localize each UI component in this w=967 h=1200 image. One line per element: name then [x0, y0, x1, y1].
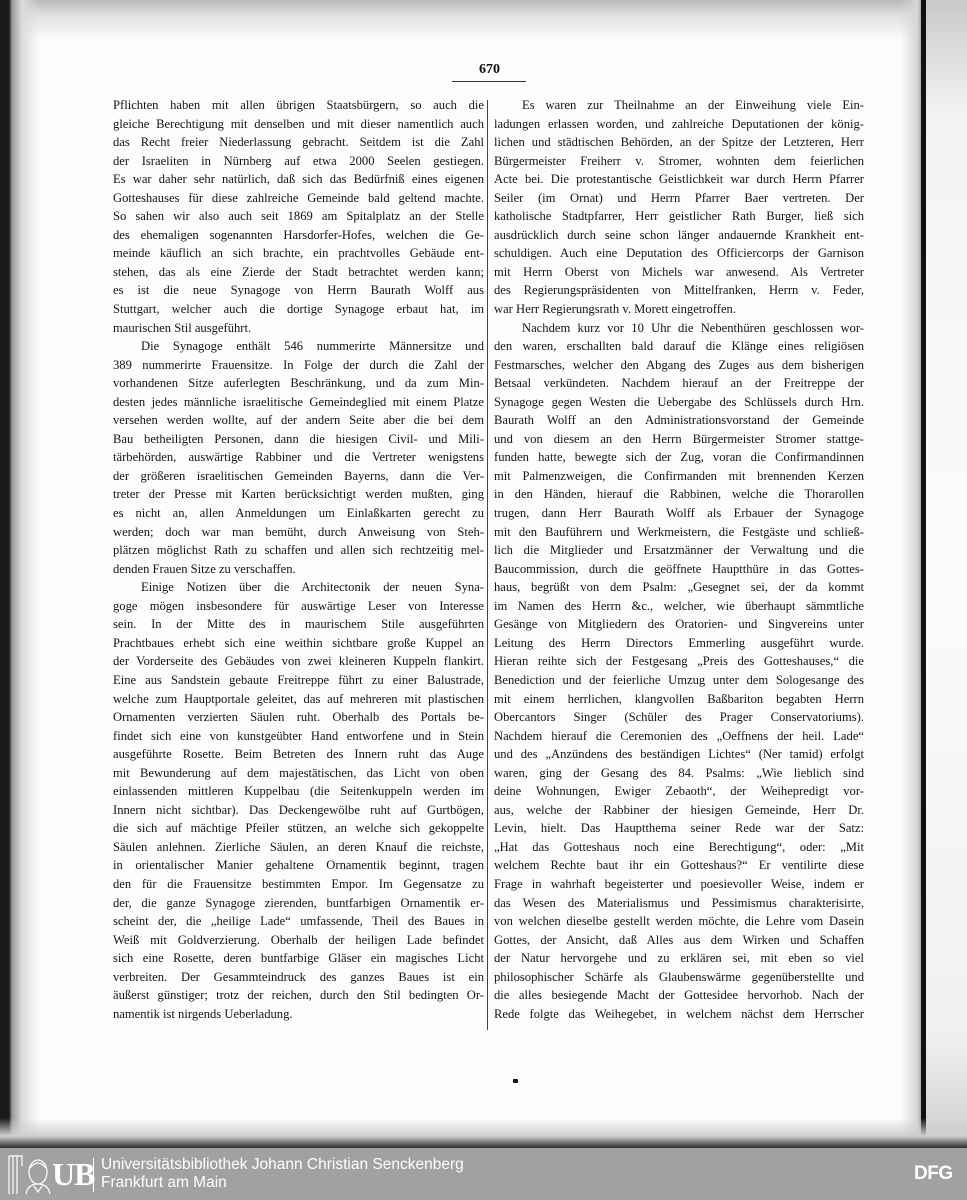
text-line: und des „Anzündens des beständigen Licht… [494, 745, 864, 764]
text-line: Gottes, der Ansicht, daß Alles aus dem W… [494, 931, 864, 950]
text-line: maurischen Stil ausgeführt. [113, 319, 484, 338]
logo-separator [93, 1158, 94, 1192]
text-line: funden hatte, bewegte sich der Zug, vora… [494, 448, 864, 467]
text-line: ladungen erlassen worden, und zahlreiche… [494, 115, 864, 134]
text-line: treter der Presse mit Karten berücksicht… [113, 485, 484, 504]
text-line: lich die Mitglieder und Ersatzmänner der… [494, 541, 864, 560]
text-line: ausdrücklich durch seine schon länger an… [494, 226, 864, 245]
text-line: der Vorderseite des Gebäudes von zwei kl… [113, 652, 484, 671]
text-line: Nachdem hierauf die Ceremonien des „Oeff… [494, 727, 864, 746]
text-line: das Recht freier Niederlassung gebracht.… [113, 133, 484, 152]
page-number-rule [452, 81, 526, 82]
text-line: welche zum Hauptportale geleitet, das au… [113, 690, 484, 709]
text-line: in orientalischer Manier gehaltene Ornam… [113, 856, 484, 875]
text-line: Stuttgart, welcher auch die dortige Syna… [113, 300, 484, 319]
institution-city: Frankfurt am Main [101, 1174, 227, 1192]
text-line: waren, ging der Gesang des 84. Psalms: „… [494, 764, 864, 783]
text-line: Leitung des Herrn Directors Emmerling au… [494, 634, 864, 653]
scan-left-edge [0, 0, 40, 1148]
text-line: Eine aus Sandstein gebaute Freitreppe fü… [113, 671, 484, 690]
page-number: 670 [479, 62, 500, 78]
text-column-left: Pflichten haben mit allen übrigen Staats… [113, 96, 484, 1023]
text-line: Einige Notizen über die Architectonik de… [113, 578, 484, 597]
text-line: Pflichten haben mit allen übrigen Staats… [113, 96, 484, 115]
text-line: werden; doch war man bemüht, durch Anwei… [113, 523, 484, 542]
text-line: es nicht an, allen Anmeldungen um Einlaß… [113, 504, 484, 523]
text-line: desten jedes männliche israelitische Gem… [113, 393, 484, 412]
text-line: Ornamenten verzierten Säulen ruht. Oberh… [113, 708, 484, 727]
text-line: in den Händen, hierauf die Rabbinen, wel… [494, 485, 864, 504]
text-line: haus, begrüßt von dem Psalm: „Gesegnet s… [494, 578, 864, 597]
text-line: Gotteshauses für diese zahlreiche Gemein… [113, 189, 484, 208]
text-line: der größeren israelitischen Gemeinden Ba… [113, 467, 484, 486]
text-line: Es war daher sehr natürlich, daß sich da… [113, 170, 484, 189]
text-line: Obercantors Singer (Schüler des Prager C… [494, 708, 864, 727]
text-line: Frage in wahrhaft begeisterter und poesi… [494, 875, 864, 894]
text-line: von welchen dieselbe gestellt werden möc… [494, 912, 864, 931]
scan-bottom-edge [0, 1118, 967, 1148]
institution-name[interactable]: Universitätsbibliothek Johann Christian … [101, 1156, 464, 1174]
text-line: tärbehörden, auswärtige Rabbiner und die… [113, 448, 484, 467]
text-line: Levin, hielt. Das Hauptthema seiner Rede… [494, 819, 864, 838]
text-line: Nachdem kurz vor 10 Uhr die Nebenthüren … [494, 319, 864, 338]
text-line: der Natur hervorgehe und zu erklären sei… [494, 949, 864, 968]
text-line: stehen, das als eine Zierde der Stadt be… [113, 263, 484, 282]
text-line: äußerst günstiger; trotz der reichen, du… [113, 986, 484, 1005]
text-line: namentik ist nirgends Ueberladung. [113, 1005, 484, 1024]
text-line: Es waren zur Theilnahme an der Einweihun… [494, 96, 864, 115]
text-line: gleiche Berechtigung mit denselben und m… [113, 115, 484, 134]
text-line: mit einem herrlichen, klangvollen Baßbar… [494, 690, 864, 709]
text-line: findet sich eine von kunstgeübter Hand e… [113, 727, 484, 746]
text-line: der Israeliten in Nürnberg auf etwa 2000… [113, 152, 484, 171]
text-line: Hieran reihte sich der Festgesang „Preis… [494, 652, 864, 671]
dfg-logo[interactable]: DFG [914, 1164, 953, 1184]
text-column-right: Es waren zur Theilnahme an der Einweihun… [494, 96, 864, 1023]
text-line: Prachtbaues erhebt sich eine weithin sic… [113, 634, 484, 653]
text-line: Acte bei. Die protestantische Geistlichk… [494, 170, 864, 189]
text-line: der, die ganze Synagoge zierenden, buntf… [113, 894, 484, 913]
ink-speck [513, 1079, 518, 1083]
text-line: Bau betheiligten Personen, dann die hies… [113, 430, 484, 449]
column-divider [487, 100, 488, 1030]
text-line: trugen, dann Herr Baurath Wolff als Erba… [494, 504, 864, 523]
text-line: mit Bewunderung auf dem majestätischen, … [113, 764, 484, 783]
facing-page-edge [926, 0, 967, 1148]
text-line: Betsaal verkündeten. Nachdem hierauf an … [494, 374, 864, 393]
text-line: das Wesen des Materialismus und Pessimis… [494, 894, 864, 913]
text-line: 389 nummerirte Frauensitze. In Folge der… [113, 356, 484, 375]
text-line: plätzen möglichst Rath zu schaffen und a… [113, 541, 484, 560]
text-line: denden Frauen Sitze zu verschaffen. [113, 560, 484, 579]
text-line: scheint der, die „heilige Lade“ umfassen… [113, 912, 484, 931]
text-line: versehen werden wollte, auf der andern S… [113, 411, 484, 430]
text-line: mit Herrn Oberst von Michels war anwesen… [494, 263, 864, 282]
text-line: Säulen anlehnen. Zierliche Säulen, an de… [113, 838, 484, 857]
library-footer: UB Universitätsbibliothek Johann Christi… [0, 1148, 967, 1200]
text-line: So sahen wir also auch seit 1869 am Spit… [113, 207, 484, 226]
text-line: ausgeführte Rosette. Beim Betreten des I… [113, 745, 484, 764]
scan-top-edge [0, 0, 967, 40]
text-line: deine Wohnungen, Ewiger Zebaoth“, der We… [494, 782, 864, 801]
text-line: sein. In der Mitte des in maurischem Sti… [113, 615, 484, 634]
text-line: den waren, erschallten bald darauf die K… [494, 337, 864, 356]
text-line: die sich auf mächtige Pfeiler stützen, a… [113, 819, 484, 838]
text-line: Bürgermeister Freiherr v. Stromer, wohnt… [494, 152, 864, 171]
text-line: sich eine Rosette, deren buntfarbige Glä… [113, 949, 484, 968]
text-line: des ehemaligen sogenannten Harsdorfer-Ho… [113, 226, 484, 245]
text-line: Benediction und der feierliche Umzug unt… [494, 671, 864, 690]
text-line: aus, welche der Rabbiner der hiesigen Ge… [494, 801, 864, 820]
text-line: Seiler (im Ornat) und Herrn Pfarrer Baer… [494, 189, 864, 208]
text-line: es ist die neue Synagoge von Herrn Baura… [113, 281, 484, 300]
text-line: Synagoge gegen Westen die Uebergabe des … [494, 393, 864, 412]
text-line: mit Palmenzweigen, die Confirmanden mit … [494, 467, 864, 486]
text-line: „Hat das Gotteshaus noch eine Berechtigu… [494, 838, 864, 857]
text-line: Die Synagoge enthält 546 nummerirte Männ… [113, 337, 484, 356]
text-line: schuldigen. Auch eine Deputation des Off… [494, 244, 864, 263]
text-line: verbreiten. Der Gesammteindruck des ganz… [113, 968, 484, 987]
text-line: Baurath Wolff an den Administrationsvors… [494, 411, 864, 430]
text-line: war Herr Regierungsrath v. Morett einget… [494, 300, 864, 319]
binding-shadow [900, 0, 922, 1148]
text-line: welchem Rechte baut ihr ein Gotteshaus?“… [494, 856, 864, 875]
text-line: katholische Stadtpfarrer, Herr geistlich… [494, 207, 864, 226]
text-line: goge mögen insbesondere für auswärtige L… [113, 597, 484, 616]
text-line: Weiß mit Goldverzierung. Oberhalb der he… [113, 931, 484, 950]
text-line: die alles besiegende Macht der Gotteside… [494, 986, 864, 1005]
text-line: Gesänge von Mitgliedern des Oratorien- u… [494, 615, 864, 634]
text-line: mit den Bauführern und Werkmeistern, die… [494, 523, 864, 542]
text-line: des Regierungspräsidenten von Mittelfran… [494, 281, 864, 300]
text-line: Festmarsches, welcher den Abgang des Zug… [494, 356, 864, 375]
text-line: philosophischer Schärfe als Glaubenswärm… [494, 968, 864, 987]
text-line: vorhandenen Sitze auferlegten Beschränku… [113, 374, 484, 393]
text-line: lichen und städtischen Behörden, an der … [494, 133, 864, 152]
text-line: Rede folgte das Weihegebet, in welchem n… [494, 1005, 864, 1024]
text-line: einlassenden mittleren Kuppelbau (die Se… [113, 782, 484, 801]
text-line: Innern nicht sichtbar). Das Deckengewölb… [113, 801, 484, 820]
text-line: Baucommission, durch die geöffnete Haupt… [494, 560, 864, 579]
text-line: meinde käuflich an sich brachte, ein pra… [113, 244, 484, 263]
text-line: im Namen des Herrn &c., welcher, wie übe… [494, 597, 864, 616]
ub-logo: UB [52, 1156, 94, 1192]
scanned-page: 670 Pflichten haben mit allen übrigen St… [0, 0, 967, 1148]
text-line: und von diesem an den Herrn Bürgermeiste… [494, 430, 864, 449]
text-line: den für die Frauensitze bestimmten Empor… [113, 875, 484, 894]
